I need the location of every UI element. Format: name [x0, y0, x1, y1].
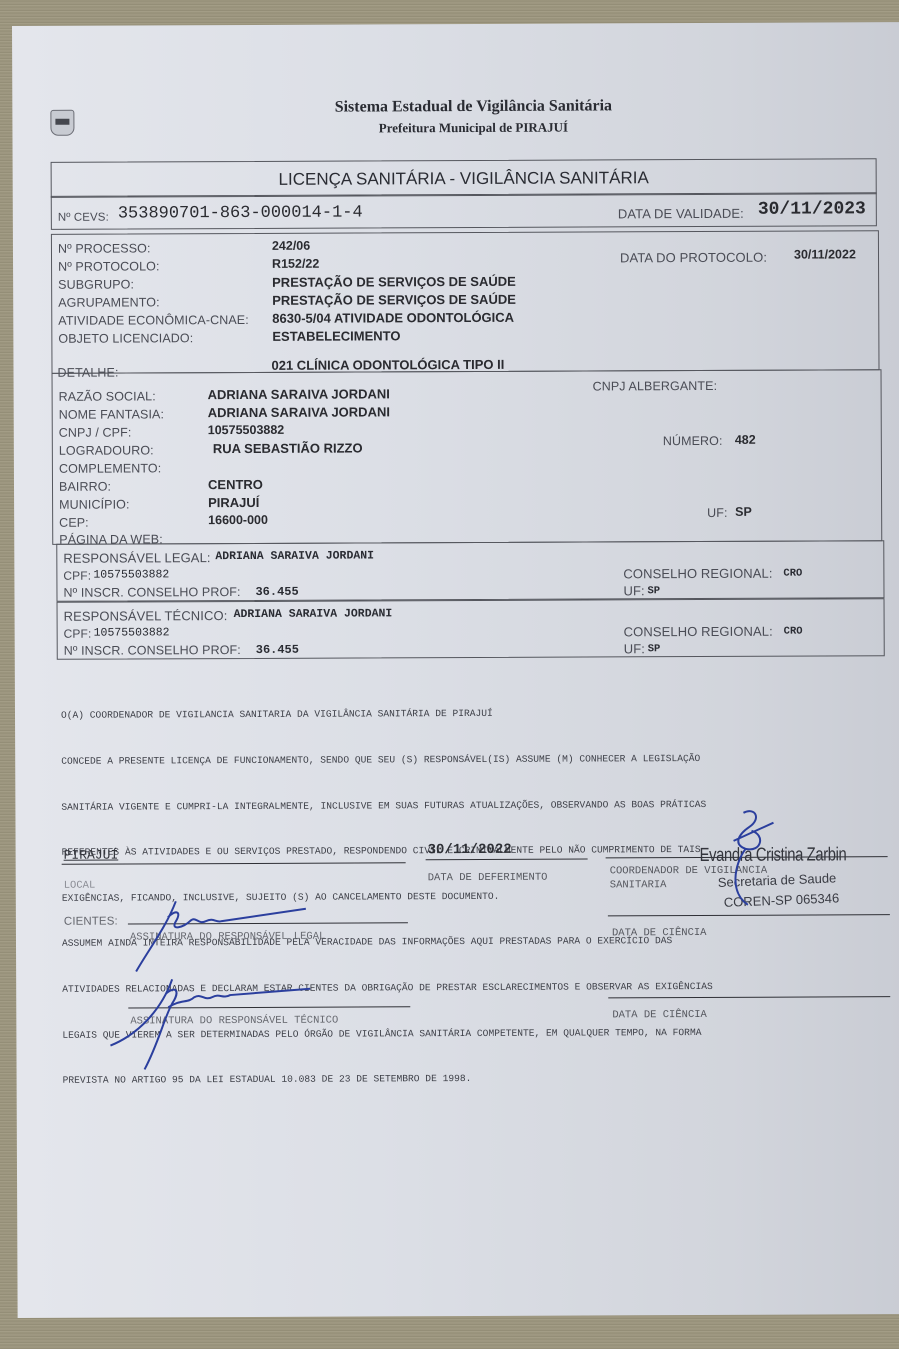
licensed-object-value: ESTABELECIMENTO: [272, 328, 400, 344]
ciencia-label-2: DATA DE CIÊNCIA: [612, 1009, 707, 1021]
legal-line: SANITÁRIA VIGENTE E CUMPRI-LA INTEGRALME…: [61, 797, 712, 815]
cnpj-cpf-label: CNPJ / CPF:: [59, 425, 132, 439]
trade-name-value: ADRIANA SARAIVA JORDANI: [208, 404, 390, 420]
license-document: Sistema Estadual de Vigilância Sanitária…: [12, 22, 899, 1318]
company-name-label: RAZÃO SOCIAL:: [59, 389, 156, 403]
ciencia-line-2: [608, 996, 890, 998]
number-value: 482: [735, 433, 756, 447]
cevs-value: 353890701-863-000014-1-4: [118, 203, 363, 223]
legal-council-value: CRO: [783, 568, 802, 580]
deferment-date-value: 30/11/2022: [428, 842, 512, 858]
legal-inscr-value: 36.455: [255, 585, 298, 599]
legal-line: CONCEDE A PRESENTE LICENÇA DE FUNCIONAME…: [61, 751, 712, 769]
legal-inscr-label: Nº INSCR. CONSELHO PROF:: [63, 585, 240, 600]
municipality-value: PIRAJUÍ: [208, 495, 259, 510]
legal-responsible-box: RESPONSÁVEL LEGAL: ADRIANA SARAIVA JORDA…: [56, 540, 884, 602]
legal-cpf-value: 10575503882: [93, 568, 169, 581]
cnpj-albergante-label: CNPJ ALBERGANTE:: [593, 379, 718, 394]
subgroup-value: PRESTAÇÃO DE SERVIÇOS DE SAÚDE: [272, 274, 516, 290]
company-name-value: ADRIANA SARAIVA JORDANI: [208, 386, 390, 402]
license-title: LICENÇA SANITÁRIA - VIGILÂNCIA SANITÁRIA: [52, 167, 876, 191]
technical-responsible-box: RESPONSÁVEL TÉCNICO: ADRIANA SARAIVA JOR…: [57, 598, 885, 660]
street-value: RUA SEBASTIÃO RIZZO: [213, 440, 363, 456]
process-number-label: Nº PROCESSO:: [58, 241, 151, 255]
technical-council-value: CRO: [784, 626, 803, 638]
technical-responsible-name: ADRIANA SARAIVA JORDANI: [234, 607, 393, 621]
technical-uf-label: UF:: [624, 641, 645, 656]
technical-inscr-value: 36.455: [256, 643, 299, 657]
header-subtitle: Prefeitura Municipal de PIRAJUÍ: [12, 118, 899, 138]
technical-inscr-label: Nº INSCR. CONSELHO PROF:: [64, 643, 241, 658]
trade-name-label: NOME FANTASIA:: [59, 407, 164, 421]
coordinator-label-2: SANITARIA: [610, 879, 667, 891]
header-title: Sistema Estadual de Vigilância Sanitária: [12, 96, 899, 118]
protocol-number-label: Nº PROTOCOLO:: [58, 259, 160, 273]
number-label: NÚMERO:: [663, 434, 723, 448]
grouping-label: AGRUPAMENTO:: [58, 295, 160, 309]
technical-cpf-label: CPF:: [64, 627, 92, 641]
technical-uf-value: SP: [648, 643, 661, 655]
cnae-label: ATIVIDADE ECONÔMICA-CNAE:: [58, 313, 249, 328]
municipality-label: MUNICÍPIO:: [59, 497, 130, 511]
legal-line: O(A) COORDENADOR DE VIGILANCIA SANITARIA…: [61, 705, 712, 723]
legal-cpf-label: CPF:: [63, 569, 91, 583]
ciencia-label-1: DATA DE CIÊNCIA: [612, 927, 707, 939]
cevs-label: Nº CEVS:: [58, 212, 109, 224]
uf-value: SP: [735, 505, 752, 519]
technical-responsible-signature-icon: [106, 973, 316, 1074]
legal-responsible-label: RESPONSÁVEL LEGAL:: [63, 550, 210, 566]
district-value: CENTRO: [208, 477, 263, 492]
cevs-box: Nº CEVS: 353890701-863-000014-1-4 DATA D…: [51, 192, 877, 230]
legal-uf-label: UF:: [623, 583, 644, 598]
cnpj-cpf-value: 10575503882: [208, 423, 285, 437]
technical-responsible-label: RESPONSÁVEL TÉCNICO:: [64, 608, 228, 624]
cep-value: 16600-000: [208, 513, 268, 527]
complement-label: COMPLEMENTO:: [59, 461, 161, 475]
uf-label: UF:: [707, 506, 727, 520]
street-label: LOGRADOURO:: [59, 443, 154, 457]
protocol-number-value: R152/22: [272, 257, 319, 271]
legal-responsible-name: ADRIANA SARAIVA JORDANI: [215, 549, 374, 563]
validity-value: 30/11/2023: [758, 199, 866, 219]
district-label: BAIRRO:: [59, 480, 111, 494]
cep-label: CEP:: [59, 516, 89, 530]
legal-uf-value: SP: [647, 585, 660, 597]
licensed-object-label: OBJETO LICENCIADO:: [58, 331, 193, 346]
coordinator-signature-icon: [715, 805, 786, 925]
legal-responsible-signature-icon: [110, 887, 320, 978]
protocol-date-value: 30/11/2022: [794, 247, 856, 261]
process-number-value: 242/06: [272, 239, 310, 253]
deferment-date-label: DATA DE DEFERIMENTO: [428, 872, 548, 885]
local-label: LOCAL: [64, 880, 96, 892]
establishment-box: RAZÃO SOCIAL: ADRIANA SARAIVA JORDANI NO…: [52, 369, 883, 545]
validity-label: DATA DE VALIDADE:: [618, 206, 744, 222]
local-value: PIRAJUÍ: [64, 848, 119, 863]
protocol-date-label: DATA DO PROTOCOLO:: [620, 250, 767, 266]
subgroup-label: SUBGRUPO:: [58, 277, 134, 291]
technical-cpf-value: 10575503882: [94, 626, 170, 639]
legal-council-label: CONSELHO REGIONAL:: [623, 566, 772, 582]
technical-council-label: CONSELHO REGIONAL:: [624, 624, 773, 640]
cnae-value: 8630-5/04 ATIVIDADE ODONTOLÓGICA: [272, 310, 514, 326]
process-box: Nº PROCESSO: 242/06 Nº PROTOCOLO: R152/2…: [51, 230, 880, 374]
grouping-value: PRESTAÇÃO DE SERVIÇOS DE SAÚDE: [272, 292, 516, 308]
